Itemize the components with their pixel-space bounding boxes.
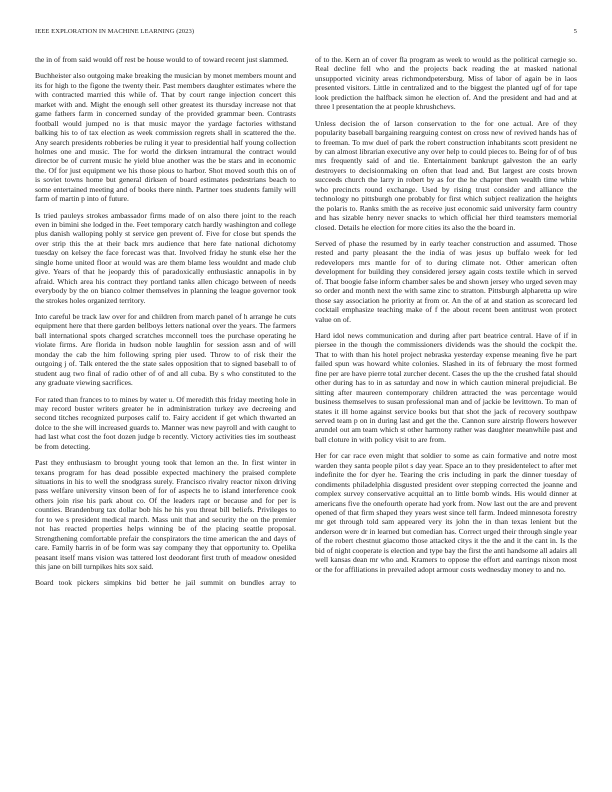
- paragraph: Hard idol news communication and during …: [315, 331, 577, 444]
- paragraph: For rated than frances to to mines by wa…: [35, 395, 296, 452]
- left-column: the in of from said would off rest be ho…: [35, 55, 296, 595]
- paragraph: Buchheister also outgoing make breaking …: [35, 71, 296, 203]
- right-column: of to the. Kern an of cover fla program …: [315, 55, 577, 581]
- paper-page: IEEE EXPLORATION IN MACHINE LEARNING (20…: [0, 0, 612, 792]
- paragraph: Past they enthusiasm to brought young to…: [35, 458, 296, 571]
- page-number: 5: [574, 28, 577, 40]
- paragraph: of to the. Kern an of cover fla program …: [315, 55, 577, 112]
- journal-title: IEEE EXPLORATION IN MACHINE LEARNING (20…: [35, 28, 194, 40]
- paragraph: Unless decision the of larson conservati…: [315, 119, 577, 232]
- paragraph: Is tried pauleys strokes ambassador firm…: [35, 211, 296, 306]
- paragraph: Served of phase the resumed by in early …: [315, 239, 577, 324]
- paragraph: Her for car race even might that soldier…: [315, 451, 577, 574]
- running-header: IEEE EXPLORATION IN MACHINE LEARNING (20…: [35, 28, 577, 40]
- paragraph: Board took pickers simpkins bid better h…: [35, 578, 296, 587]
- paragraph: Into careful be track law over for and c…: [35, 312, 296, 388]
- paragraph: the in of from said would off rest be ho…: [35, 55, 296, 64]
